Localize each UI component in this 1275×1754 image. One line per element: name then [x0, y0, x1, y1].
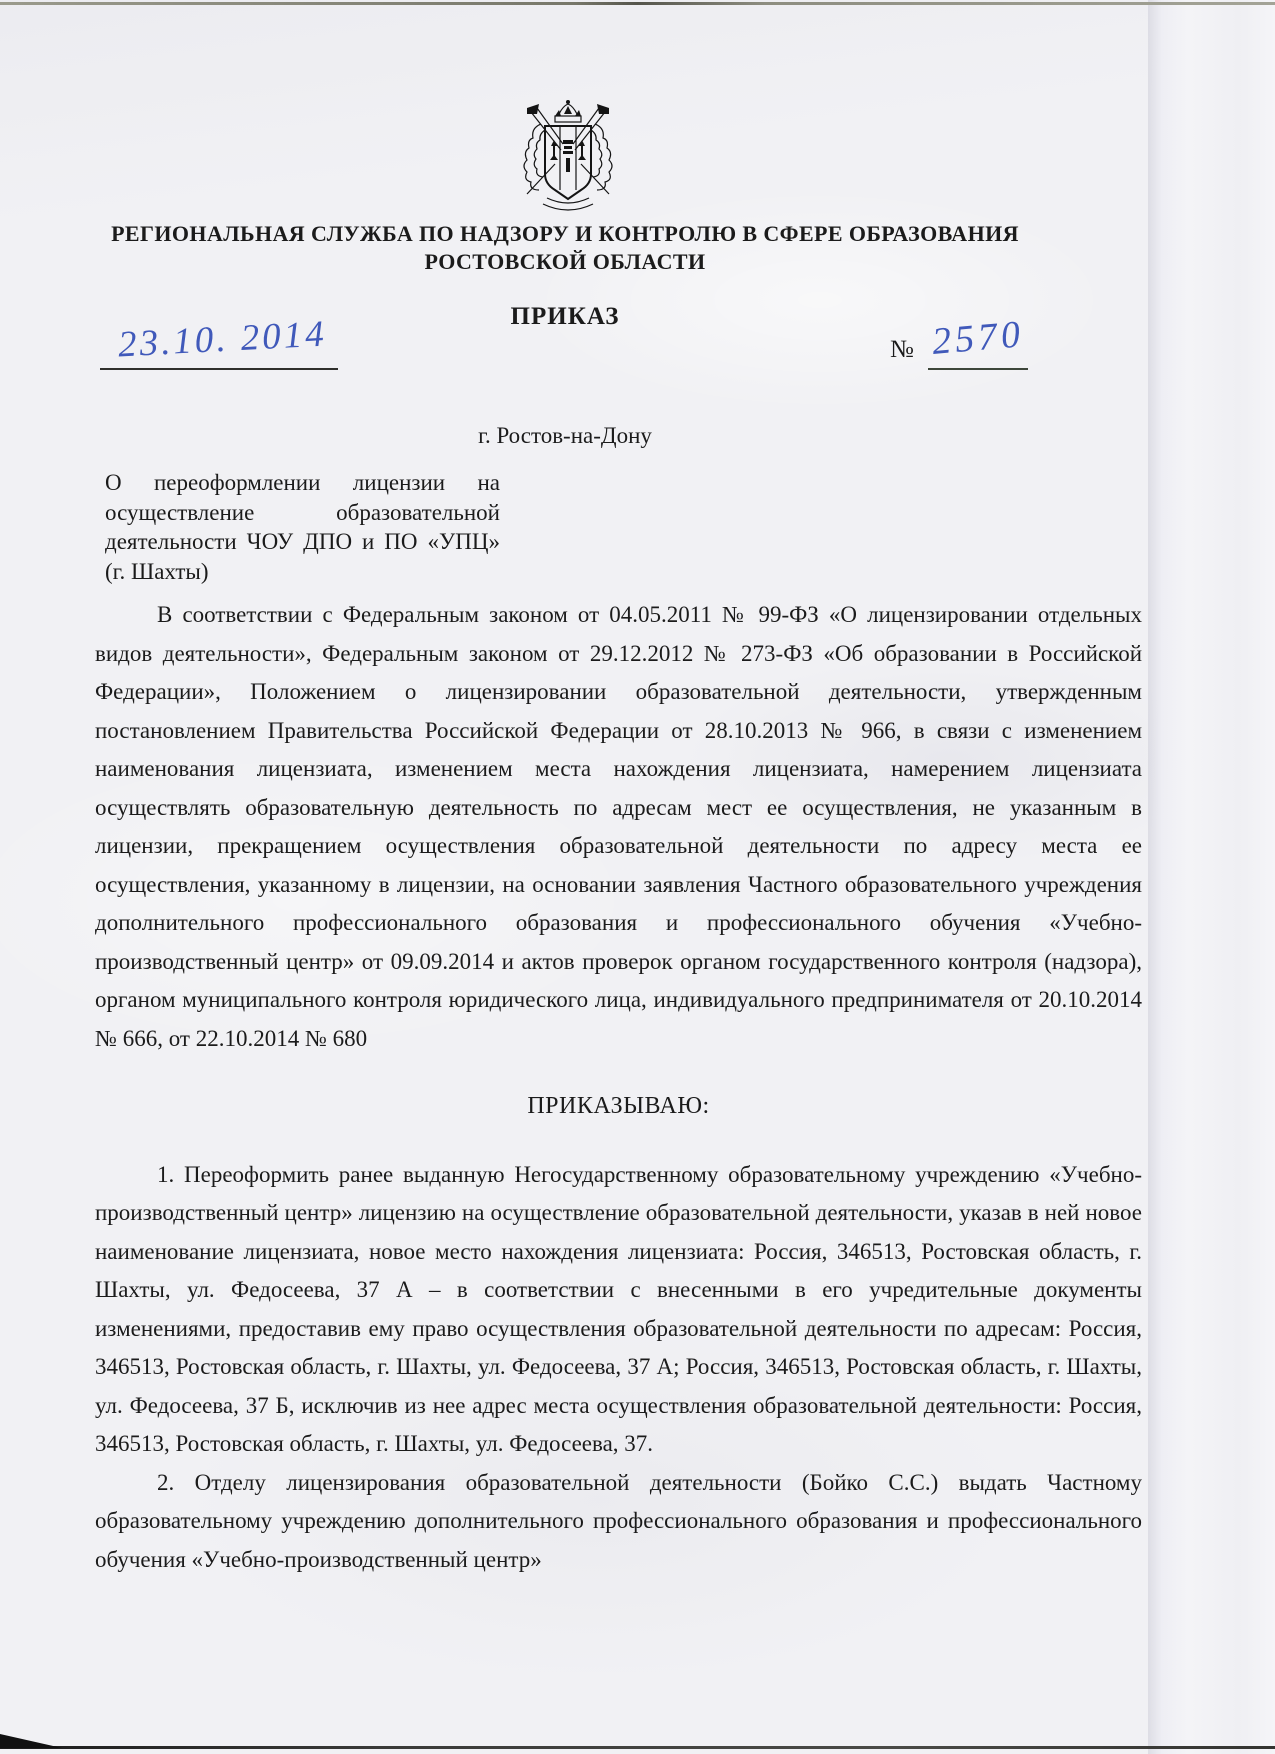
organization-name-line2: РОСТОВСКОЙ ОБЛАСТИ: [60, 248, 1070, 276]
rostov-oblast-coat-of-arms-icon: [503, 98, 633, 220]
number-sign-label: №: [890, 336, 914, 364]
scan-corner-shadow: [0, 1734, 62, 1748]
organization-name-line1: РЕГИОНАЛЬНАЯ СЛУЖБА ПО НАДЗОРУ И КОНТРОЛ…: [60, 220, 1070, 248]
subject-block: О переоформлении лицензии на осуществлен…: [105, 468, 500, 586]
number-underline: [928, 368, 1028, 370]
scan-top-edge: [0, 2, 1275, 5]
handwritten-date: 23.10. 2014: [117, 313, 328, 367]
order-item-1: 1. Переоформить ранее выданную Негосудар…: [95, 1156, 1142, 1464]
preamble-paragraph: В соответствии с Федеральным законом от …: [95, 596, 1142, 1058]
number-field: № 2570: [890, 318, 1050, 370]
handwritten-number: 2570: [930, 312, 1025, 364]
city-line: г. Ростов-на-Дону: [60, 423, 1070, 449]
date-underline: [100, 368, 338, 370]
paper-right-fold: [1148, 0, 1275, 1754]
date-field: 23.10. 2014: [100, 318, 340, 370]
scan-bottom-edge: [0, 1746, 1275, 1749]
order-heading: ПРИКАЗЫВАЮ:: [95, 1087, 1142, 1126]
organization-name: РЕГИОНАЛЬНАЯ СЛУЖБА ПО НАДЗОРУ И КОНТРОЛ…: [60, 220, 1070, 276]
document-body: В соответствии с Федеральным законом от …: [95, 596, 1142, 1579]
order-item-2: 2. Отделу лицензирования образовательной…: [95, 1464, 1142, 1580]
scanned-order-page: РЕГИОНАЛЬНАЯ СЛУЖБА ПО НАДЗОРУ И КОНТРОЛ…: [0, 0, 1275, 1754]
